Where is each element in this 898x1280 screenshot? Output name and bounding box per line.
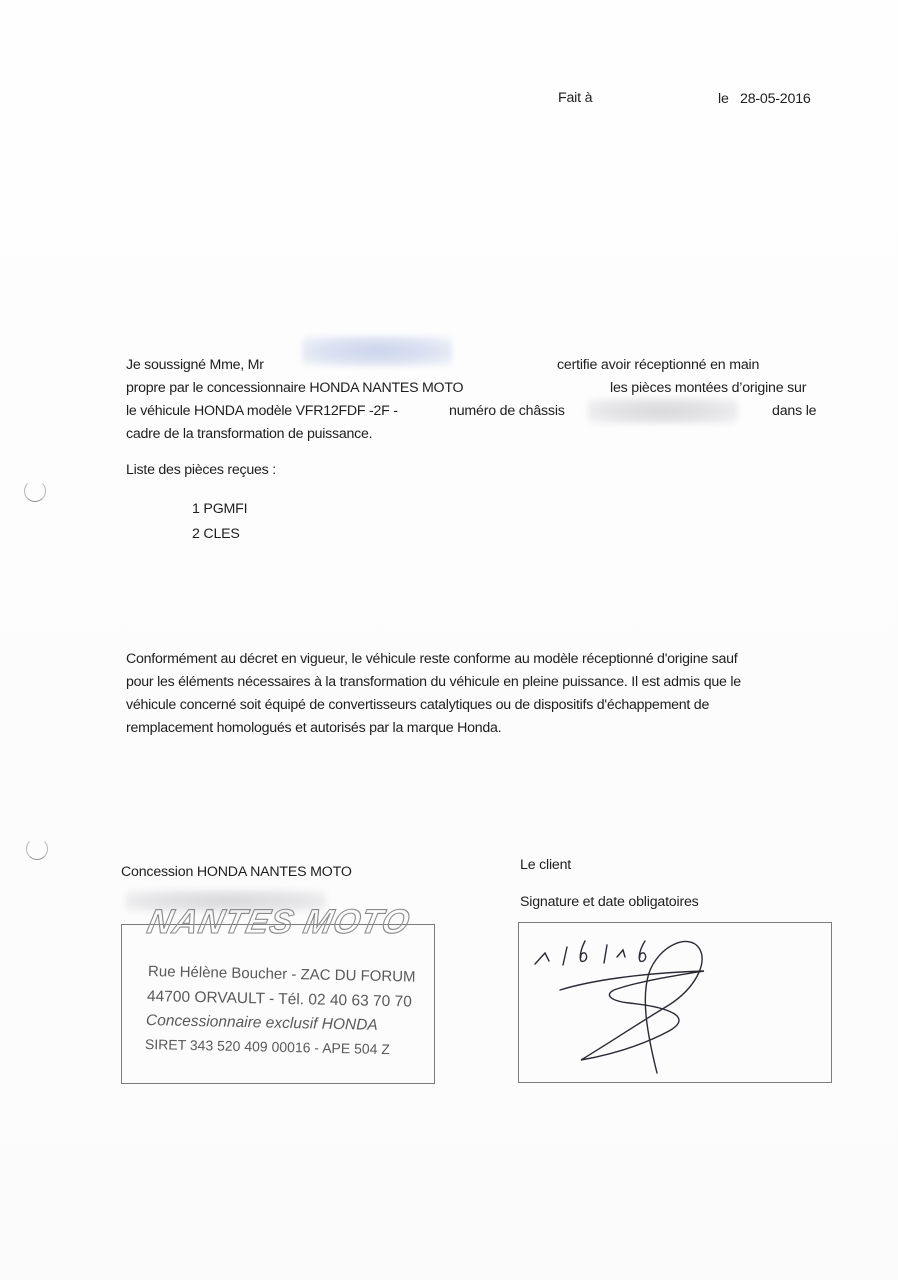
cert-line1-end: certifie avoir réceptionné en main: [557, 357, 759, 373]
cert-line2-end: les pièces montées d’origine sur: [610, 380, 806, 396]
conformity-line: Conformément au décret en vigueur, le vé…: [126, 651, 738, 667]
cert-line3-end: dans le: [772, 403, 816, 419]
date-label: le: [718, 91, 729, 107]
redacted-name: [302, 336, 452, 366]
signature-box: [518, 922, 832, 1083]
client-title: Le client: [520, 857, 571, 873]
redacted-chassis-number: [588, 398, 738, 424]
conformity-line: remplacement homologués et autorisés par…: [126, 720, 501, 736]
date-value: 28-05-2016: [740, 91, 811, 107]
cert-line4: cadre de la transformation de puissance.: [126, 426, 372, 442]
conformity-line: véhicule concerné soit équipé de convert…: [126, 697, 709, 713]
dealer-title: Concession HONDA NANTES MOTO: [121, 864, 352, 880]
cert-line3-chassis-label: numéro de châssis: [449, 403, 565, 419]
punch-hole-mark: [26, 838, 48, 860]
parts-item: 2 CLES: [192, 526, 240, 542]
place-label: Fait à: [558, 90, 592, 106]
cert-line2-start: propre par le concessionnaire HONDA NANT…: [126, 380, 463, 396]
cert-line1-start: Je soussigné Mme, Mr: [126, 357, 264, 373]
stamp-logo: NANTES MOTO: [144, 903, 414, 942]
parts-item: 1 PGMFI: [192, 501, 247, 517]
punch-hole-mark: [24, 480, 46, 502]
parts-title: Liste des pièces reçues :: [126, 462, 276, 478]
conformity-line: pour les éléments nécessaires à la trans…: [126, 674, 741, 690]
signature-label: Signature et date obligatoires: [520, 894, 699, 910]
document-page: Fait à le 28-05-2016 Je soussigné Mme, M…: [0, 0, 898, 1280]
handwritten-signature-icon: [519, 923, 831, 1082]
cert-line3-model: le véhicule HONDA modèle VFR12FDF -2F -: [126, 403, 398, 419]
